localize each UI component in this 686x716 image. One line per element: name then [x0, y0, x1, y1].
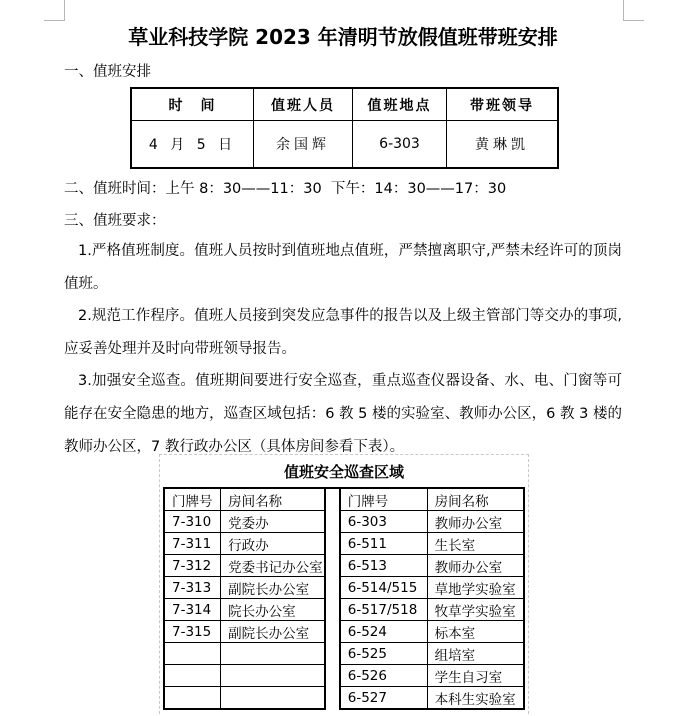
table-row	[164, 665, 325, 687]
table-cell: 本科生实验室	[427, 687, 524, 710]
table-cell: 6-525	[340, 643, 427, 665]
table-cell: 党委办	[221, 511, 325, 533]
patrol-table-title: 值班安全巡查区域	[163, 455, 525, 489]
table-cell	[164, 687, 221, 710]
table-cell: 6-524	[340, 621, 427, 643]
table-cell: 6-517/518	[340, 599, 427, 621]
section-1-heading: 一、值班安排	[64, 63, 624, 81]
patrol-table-right: 门牌号房间名称6-303教师办公室6-511生长室6-513教师办公室6-514…	[339, 487, 525, 710]
table-cell: 院长办公室	[221, 599, 325, 621]
patrol-area-box: 值班安全巡查区域 门牌号房间名称7-310党委办7-311行政办7-312党委书…	[159, 454, 529, 716]
section-2-duty-time: 二、值班时间：上午 8：30——11：30 下午：14：30——17：30	[64, 180, 624, 198]
requirement-paragraph-2: 2.规范工作程序。值班人员接到突发应急事件的报告以及上级主管部门等交办的事项,应…	[64, 300, 622, 366]
table-row: 6-525组培室	[340, 643, 524, 665]
table-cell: 教师办公室	[427, 511, 524, 533]
table-cell: 副院长办公室	[221, 577, 325, 599]
table-row: 7-310党委办	[164, 511, 325, 533]
table-row: 6-527本科生实验室	[340, 687, 524, 710]
column-header: 值班地点	[353, 88, 447, 121]
table-cell: 组培室	[427, 643, 524, 665]
table-cell: 7-312	[164, 555, 221, 577]
table-cell: 7-311	[164, 533, 221, 555]
duty-schedule-table: 时 间值班人员值班地点带班领导4 月 5 日余国辉6-303黄琳凯	[130, 87, 559, 169]
table-cell: 牧草学实验室	[427, 599, 524, 621]
table-row	[164, 687, 325, 710]
column-header: 门牌号	[164, 488, 221, 511]
table-cell: 7-314	[164, 599, 221, 621]
table-cell: 6-513	[340, 555, 427, 577]
margin-cropmark-right-icon	[623, 0, 644, 21]
table-cell	[221, 643, 325, 665]
table-row: 6-511生长室	[340, 533, 524, 555]
table-row: 6-514/515草地学实验室	[340, 577, 524, 599]
table-cell: 6-514/515	[340, 577, 427, 599]
table-cell: 6-303	[353, 121, 447, 169]
table-header-row: 时 间值班人员值班地点带班领导	[131, 88, 558, 121]
column-header: 值班人员	[254, 88, 353, 121]
table-cell: 7-315	[164, 621, 221, 643]
table-cell	[164, 643, 221, 665]
table-cell: 6-303	[340, 511, 427, 533]
table-cell	[221, 665, 325, 687]
table-row: 7-315副院长办公室	[164, 621, 325, 643]
column-header: 门牌号	[340, 488, 427, 511]
patrol-tables-row: 门牌号房间名称7-310党委办7-311行政办7-312党委书记办公室7-313…	[163, 489, 525, 710]
table-row	[164, 643, 325, 665]
table-cell: 草地学实验室	[427, 577, 524, 599]
column-header: 房间名称	[427, 488, 524, 511]
table-cell: 副院长办公室	[221, 621, 325, 643]
table-cell: 行政办	[221, 533, 325, 555]
column-header: 带班领导	[447, 88, 559, 121]
table-row: 7-313副院长办公室	[164, 577, 325, 599]
table-cell: 教师办公室	[427, 555, 524, 577]
table-cell: 6-526	[340, 665, 427, 687]
table-header-row: 门牌号房间名称	[340, 488, 524, 511]
requirement-paragraph-1: 1.严格值班制度。值班人员按时到值班地点值班，严禁擅离职守,严禁未经许可的顶岗值…	[64, 235, 622, 301]
table-row: 6-524标本室	[340, 621, 524, 643]
table-cell: 余国辉	[254, 121, 353, 169]
table-cell: 学生自习室	[427, 665, 524, 687]
table-cell: 6-527	[340, 687, 427, 710]
table-cell: 4 月 5 日	[131, 121, 254, 169]
column-header: 时 间	[131, 88, 254, 121]
requirement-paragraph-3: 3.加强安全巡查。值班期间要进行安全巡查，重点巡查仪器设备、水、电、门窗等可能存…	[64, 365, 622, 464]
table-row: 6-303教师办公室	[340, 511, 524, 533]
document-title: 草业科技学院 2023 年清明节放假值班带班安排	[64, 24, 622, 50]
table-cell: 党委书记办公室	[221, 555, 325, 577]
table-cell: 生长室	[427, 533, 524, 555]
table-cell: 7-310	[164, 511, 221, 533]
table-row: 6-526学生自习室	[340, 665, 524, 687]
table-header-row: 门牌号房间名称	[164, 488, 325, 511]
table-row: 4 月 5 日余国辉6-303黄琳凯	[131, 121, 558, 169]
table-row: 7-312党委书记办公室	[164, 555, 325, 577]
table-cell	[221, 687, 325, 710]
table-cell: 黄琳凯	[447, 121, 559, 169]
table-row: 7-311行政办	[164, 533, 325, 555]
patrol-table-left: 门牌号房间名称7-310党委办7-311行政办7-312党委书记办公室7-313…	[163, 487, 326, 710]
table-cell: 标本室	[427, 621, 524, 643]
table-row: 7-314院长办公室	[164, 599, 325, 621]
table-cell: 7-313	[164, 577, 221, 599]
section-3-heading: 三、值班要求：	[64, 212, 624, 230]
table-row: 6-517/518牧草学实验室	[340, 599, 524, 621]
table-cell: 6-511	[340, 533, 427, 555]
column-header: 房间名称	[221, 488, 325, 511]
table-row: 6-513教师办公室	[340, 555, 524, 577]
table-cell	[164, 665, 221, 687]
margin-cropmark-left-icon	[44, 0, 65, 21]
document-page: 草业科技学院 2023 年清明节放假值班带班安排 一、值班安排 时 间值班人员值…	[0, 0, 686, 716]
